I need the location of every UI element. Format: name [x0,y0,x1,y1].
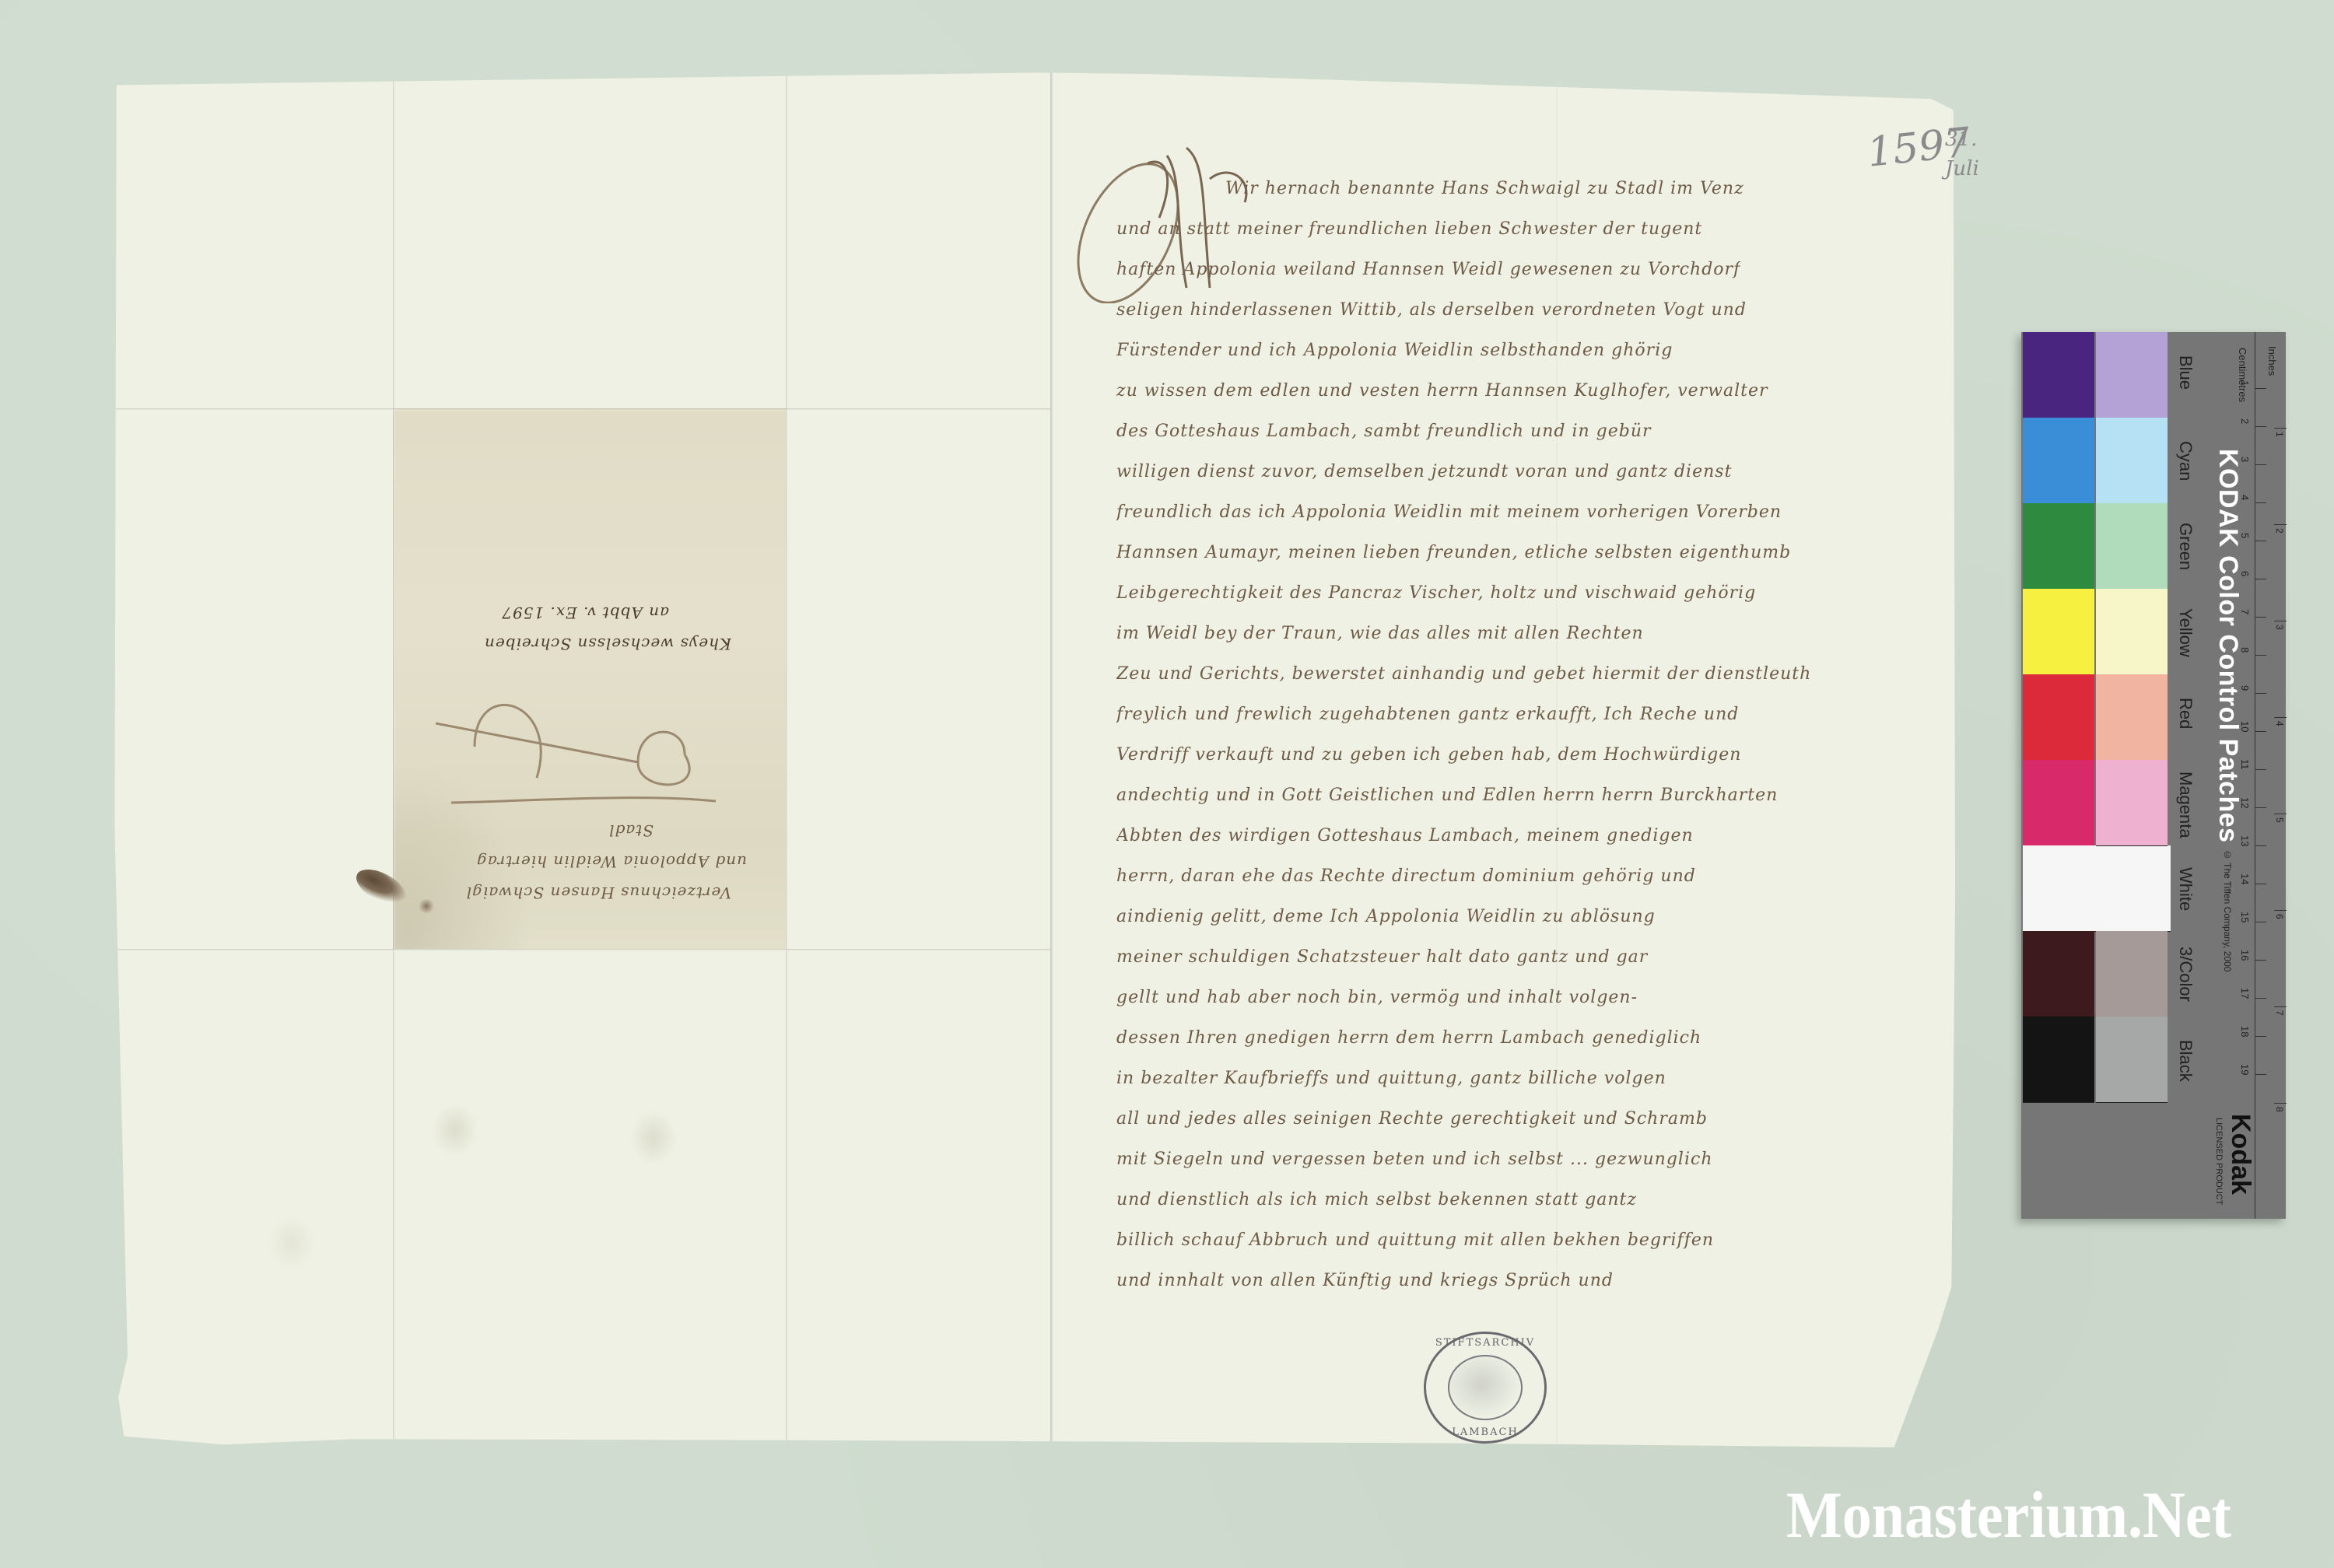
patch-label-blue: Blue [2178,355,2196,390]
seal-trace [432,1103,478,1157]
cm-tick-label: 16 [2235,950,2251,961]
patch-white [2023,845,2171,932]
unit-inches: Inches [2266,346,2278,376]
verso-line: Stadl [608,817,654,840]
in-tick-label: 3 [2274,625,2285,630]
licensed-product: LICENSED PRODUCT [2214,1118,2224,1205]
text-line: herrn, daran ehe das Rechte directum dom… [1116,866,1696,890]
text-line: Wir hernach benannte Hans Schwaigl zu St… [1225,179,1744,202]
cm-tick-label: 17 [2235,988,2251,999]
text-line: andechtig und in Gott Geistlichen und Ed… [1116,786,1778,809]
archive-date-day: 31. [1945,124,1979,154]
text-line: des Gotteshaus Lambach, sambt freundlich… [1116,422,1652,445]
cm-tick-label: 13 [2235,835,2251,846]
cm-tick-label: 18 [2235,1026,2251,1037]
text-line: meiner schuldigen Schatzsteuer halt dato… [1116,947,1648,971]
patch-blue-light [2096,332,2168,418]
patch-yellow-dark [2023,589,2094,675]
text-line: und innhalt von allen Künftig und kriegs… [1116,1271,1614,1294]
in-tick-label: 8 [2274,1107,2285,1112]
text-line: gellt und hab aber noch bin, vermög und … [1116,988,1638,1011]
text-line: Abbten des wirdigen Gotteshaus Lambach, … [1116,826,1694,849]
cm-tick-label: 2 [2235,418,2251,424]
cm-tick-label: 14 [2235,873,2251,884]
in-tick-label: 4 [2274,721,2285,726]
text-line: zu wissen dem edlen und vesten herrn Han… [1116,381,1768,404]
verso-line: und Appolonia Weidlin hiertrag [476,848,747,871]
in-tick-label: 6 [2274,914,2285,919]
cm-tick-label: 6 [2235,571,2251,576]
cm-tick-label: 1 [2235,380,2251,386]
kodak-logo: Kodak [2225,1114,2255,1195]
text-line: freundlich das ich Appolonia Weidlin mit… [1116,502,1782,526]
kodak-color-chart: Blue Cyan Green Yellow Red Magenta White… [2021,332,2286,1219]
patch-green-light [2096,503,2168,590]
stamp-emblem [1448,1355,1523,1420]
text-line: haften Appolonia weiland Hannsen Weidl g… [1116,260,1740,283]
patch-3color-dark [2023,931,2094,1017]
text-line: all und jedes alles seinigen Rechte gere… [1116,1109,1708,1132]
patch-cyan-light [2096,418,2168,504]
patch-label-red: Red [2178,698,2196,729]
patch-black-light [2096,1017,2168,1103]
patch-label-3color: 3/Color [2178,947,2196,1002]
verso-line: Vertzeichnus Hansen Schwaigl [466,879,731,902]
text-line: mit Siegeln und vergessen beten und ich … [1116,1150,1713,1173]
in-tick-label: 5 [2274,817,2285,823]
cm-tick-label: 8 [2235,647,2251,653]
archive-date: 31. Juli [1945,124,1979,184]
unit-centimetres: Centimetres [2237,348,2248,402]
cm-tick-label: 11 [2235,759,2251,770]
text-line: Leibgerechtigkeit des Pancraz Vischer, h… [1116,583,1756,607]
verso-line: an Abbt v. Ex. 1597 [501,599,669,622]
seal-trace [268,1216,315,1270]
patch-label-magenta: Magenta [2178,772,2196,838]
patch-magenta-light [2096,760,2168,846]
cm-tick-label: 12 [2235,797,2251,808]
stamp-top-text: STIFTSARCHIV [1426,1337,1544,1349]
stamp-bottom-text: LAMBACH [1426,1426,1544,1438]
patch-black-dark [2023,1017,2094,1103]
patch-red-dark [2023,674,2094,761]
cm-tick-label: 4 [2235,495,2251,500]
in-tick-label: 2 [2274,528,2285,534]
patch-blue-dark [2023,332,2094,418]
text-line: willigen dienst zuvor, demselben jetzund… [1116,462,1732,485]
cm-tick-label: 5 [2235,533,2251,538]
letter-body: Wir hernach benannte Hans Schwaigl zu St… [1116,179,1910,1283]
archive-stamp: STIFTSARCHIV LAMBACH [1424,1332,1547,1444]
patch-green-dark [2023,503,2094,590]
in-tick-label: 7 [2274,1010,2285,1016]
cm-tick-label: 19 [2235,1064,2251,1075]
chart-title: KODAK Color Control Patches [2213,449,2243,843]
text-line: billich schauf Abbruch und quittung mit … [1116,1230,1714,1254]
center-fold [1050,68,1054,1453]
text-line: seligen hinderlassenen Wittib, als derse… [1116,300,1747,324]
patch-label-cyan: Cyan [2178,441,2196,481]
monasterium-watermark: Monasterium.Net [1786,1478,2231,1553]
cm-tick-label: 3 [2235,457,2251,462]
fold-line [113,408,1050,411]
text-line: Fürstender und ich Appolonia Weidlin sel… [1116,341,1673,364]
patch-cyan-dark [2023,418,2094,504]
cm-tick-label: 7 [2235,609,2251,614]
text-line: dessen Ihren gnedigen herrn dem herrn La… [1116,1028,1701,1052]
text-line: Zeu und Gerichts, bewerstet ainhandig un… [1116,664,1811,688]
verso-line: Kheys wechselssn Schreiben [484,630,731,653]
verso-address: Vertzeichnus Hansen Schwaigl und Appolon… [405,560,762,902]
fold-line [786,68,788,1453]
cm-tick-label: 10 [2235,721,2251,732]
flourish [420,669,731,809]
patch-3color-light [2096,931,2168,1017]
text-line: und an statt meiner freundlichen lieben … [1116,219,1702,243]
patch-label-green: Green [2178,523,2196,570]
chart-copyright: © The Tiffen Company, 2000 [2222,849,2233,971]
text-line: freylich und frewlich zugehabtenen gantz… [1116,705,1739,728]
patch-label-black: Black [2178,1040,2196,1082]
text-line: aindienig gelitt, deme Ich Appolonia Wei… [1116,907,1656,930]
seal-trace [630,1111,677,1165]
patch-label-white: White [2178,867,2196,911]
fold-line [393,68,395,1453]
archive-date-month: Juli [1945,154,1979,184]
patch-magenta-dark [2023,760,2094,846]
in-tick-label: 1 [2274,432,2285,437]
text-line: Verdriff verkauft und zu geben ich geben… [1116,745,1741,768]
text-line: Hannsen Aumayr, meinen lieben freunden, … [1116,543,1791,566]
ruler: Centimetres Inches 1 2 3 4 5 6 7 8 9 10 … [2255,332,2287,1219]
cm-tick-label: 9 [2235,685,2251,691]
patch-yellow-light [2096,589,2168,675]
text-line: und dienstlich als ich mich selbst beken… [1116,1190,1637,1213]
text-line: im Weidl bey der Traun, wie das alles mi… [1116,624,1644,647]
fold-line [113,949,1050,951]
patch-red-light [2096,674,2168,761]
cm-tick-label: 15 [2235,912,2251,922]
text-line: in bezalter Kaufbrieffs und quittung, ga… [1116,1069,1666,1092]
patch-label-yellow: Yellow [2178,608,2196,657]
